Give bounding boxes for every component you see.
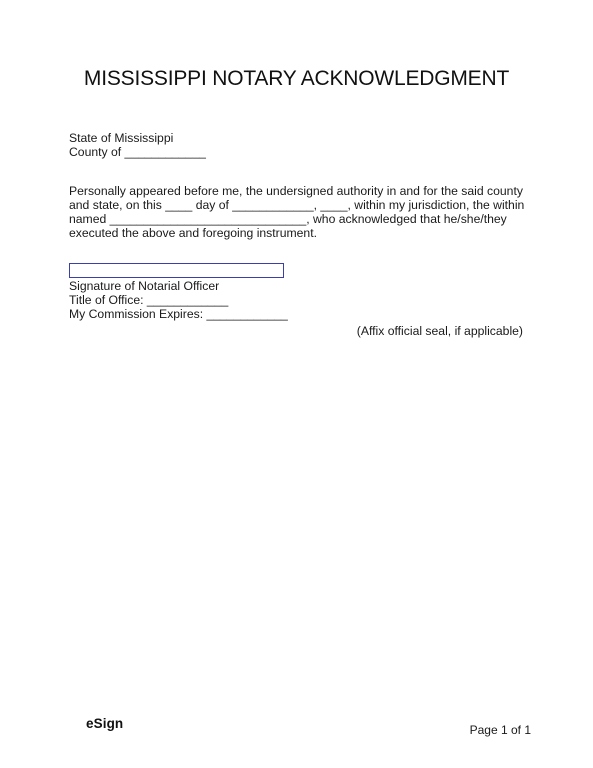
seal-note: (Affix official seal, if applicable) bbox=[357, 324, 523, 338]
document-page: MISSISSIPPI NOTARY ACKNOWLEDGMENT State … bbox=[0, 0, 593, 768]
commission-expires-line: My Commission Expires: ____________ bbox=[69, 307, 288, 321]
body-line: Personally appeared before me, the under… bbox=[69, 184, 524, 198]
acknowledgment-body: Personally appeared before me, the under… bbox=[69, 184, 524, 240]
signature-label: Signature of Notarial Officer bbox=[69, 279, 288, 293]
signature-block: Signature of Notarial Officer Title of O… bbox=[69, 279, 288, 321]
state-line: State of Mississippi bbox=[69, 131, 206, 145]
esign-logo: eSign bbox=[86, 716, 123, 731]
body-line: and state, on this ____ day of _________… bbox=[69, 198, 524, 212]
venue-block: State of Mississippi County of _________… bbox=[69, 131, 206, 159]
body-line: executed the above and foregoing instrum… bbox=[69, 226, 524, 240]
body-line: named _____________________________, who… bbox=[69, 212, 524, 226]
document-title: MISSISSIPPI NOTARY ACKNOWLEDGMENT bbox=[0, 67, 593, 91]
signature-input-field[interactable] bbox=[69, 263, 284, 278]
page-indicator: Page 1 of 1 bbox=[470, 723, 531, 737]
county-line: County of ____________ bbox=[69, 145, 206, 159]
title-of-office-line: Title of Office: ____________ bbox=[69, 293, 288, 307]
